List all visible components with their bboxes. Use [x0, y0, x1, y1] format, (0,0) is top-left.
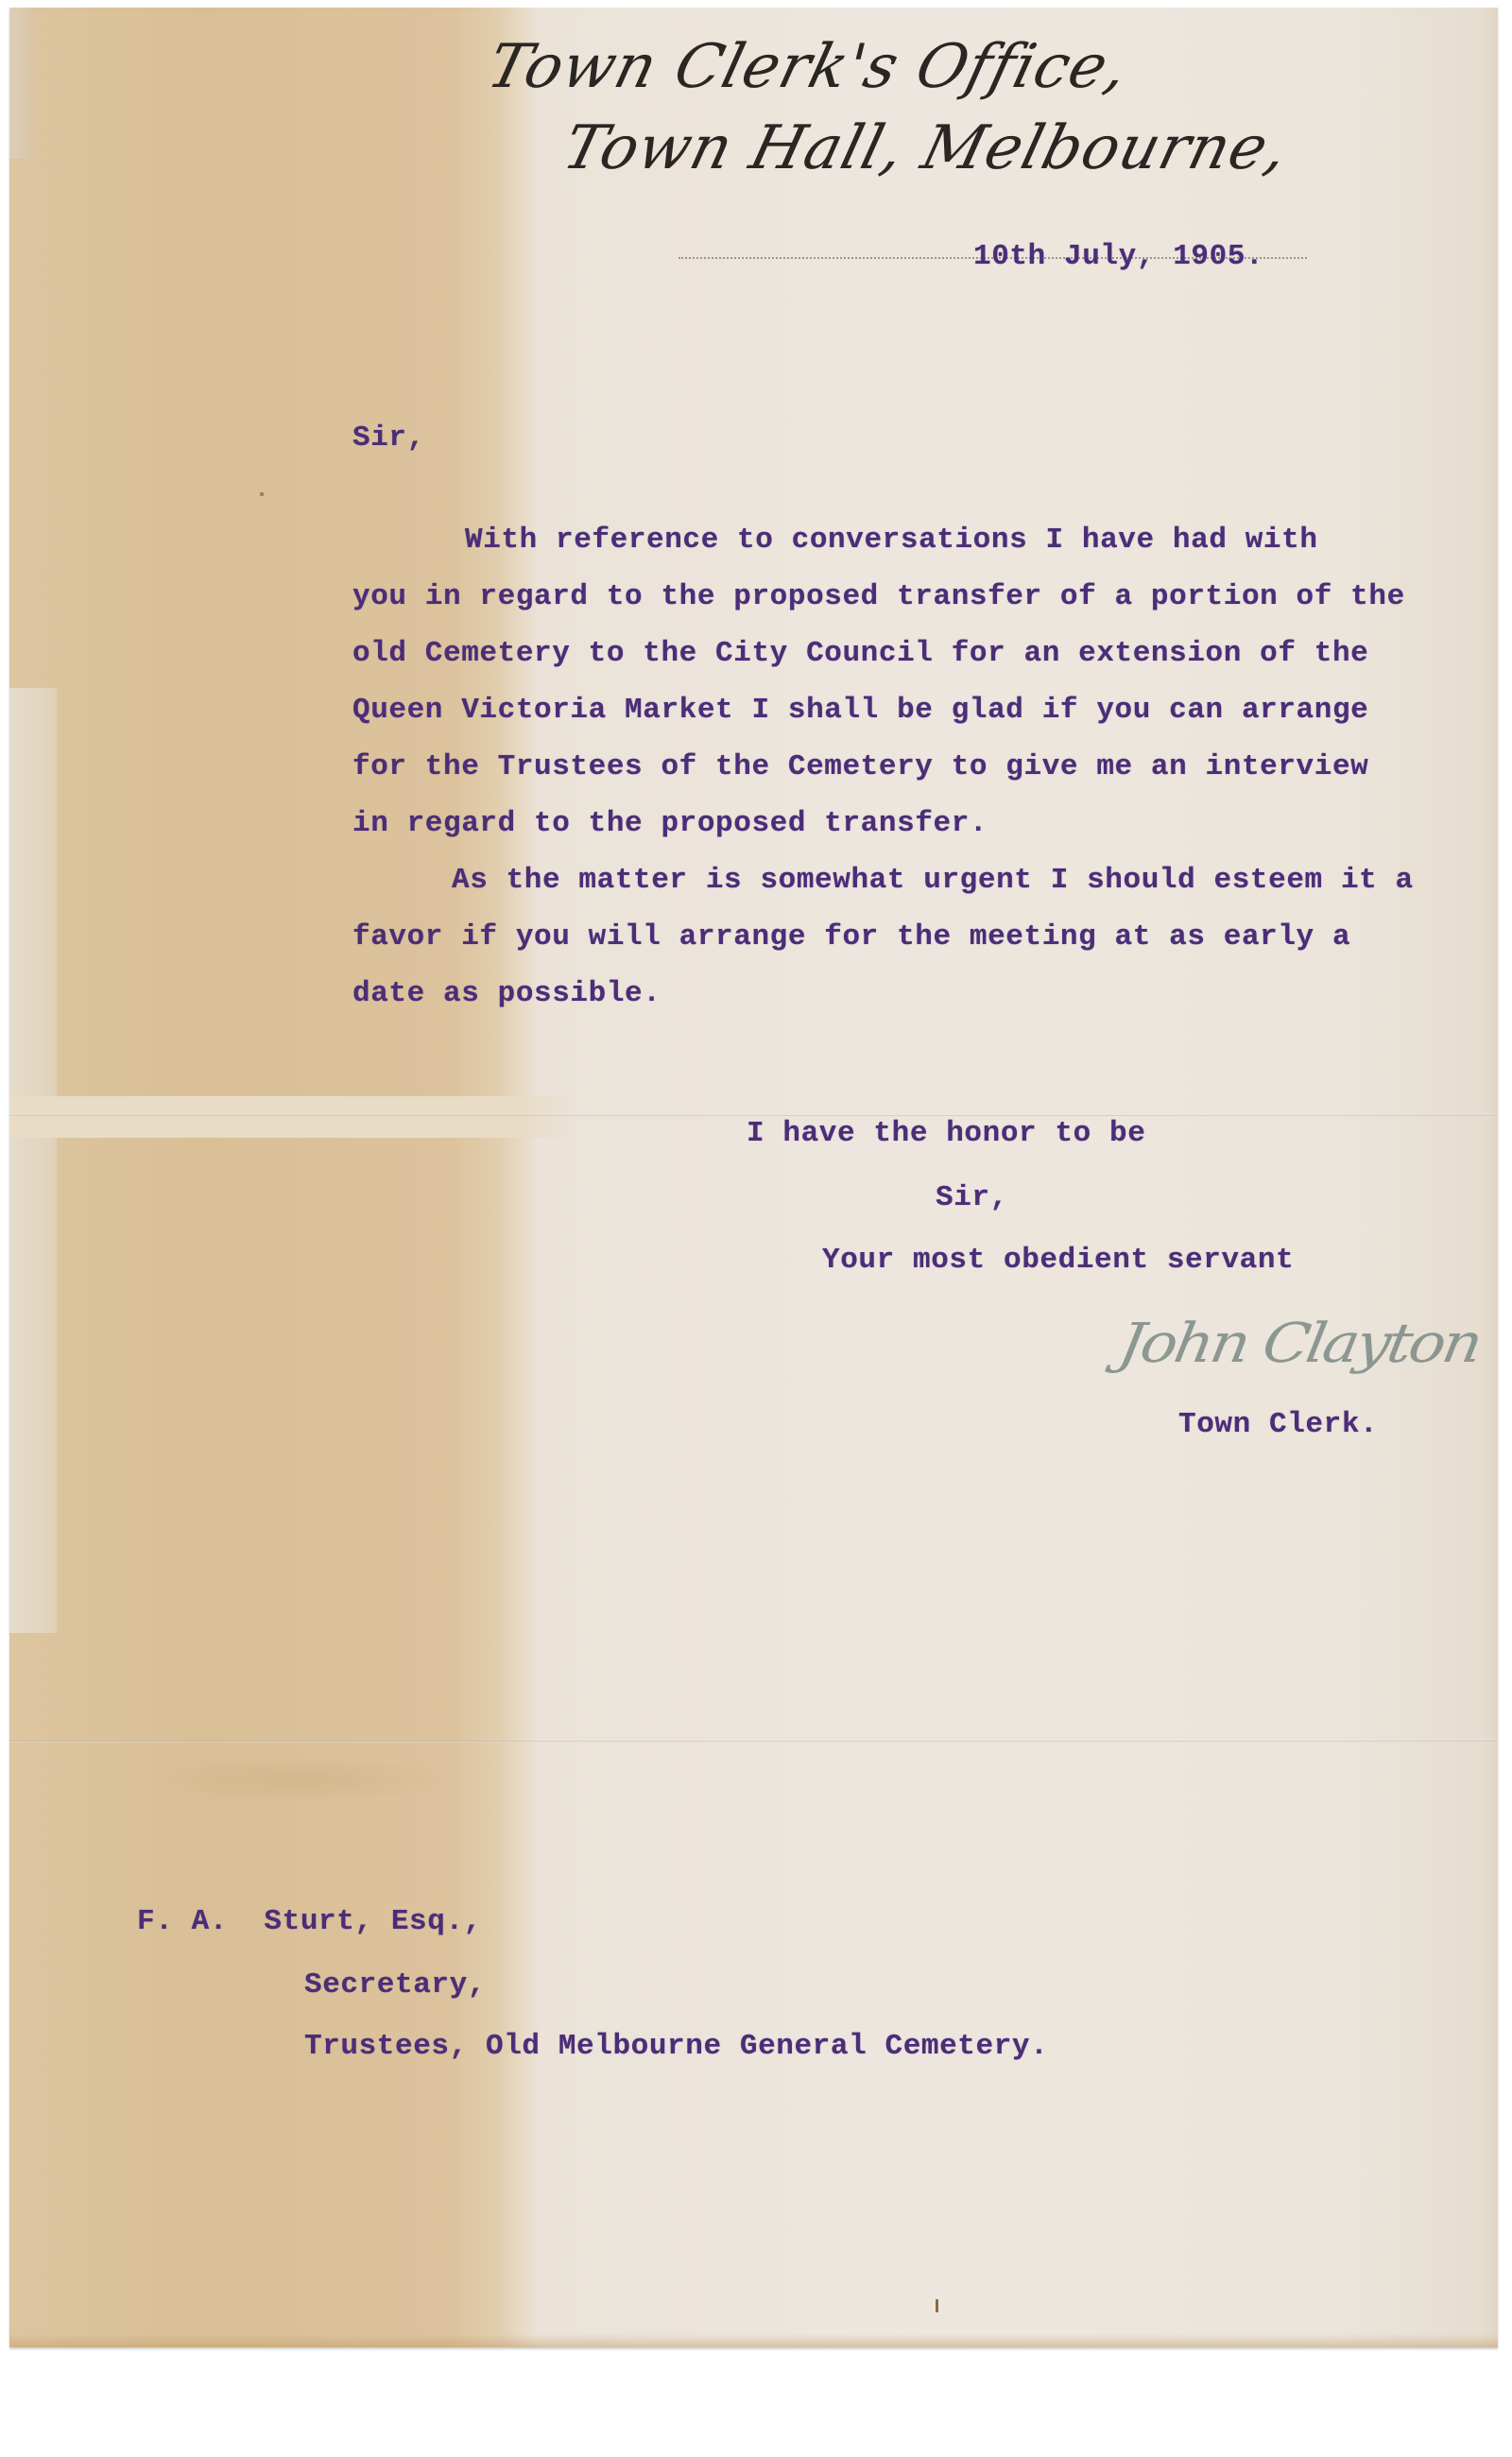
body-line: date as possible. [352, 979, 661, 1008]
letter-page [9, 8, 1498, 2347]
body-line: favor if you will arrange for the meetin… [352, 922, 1350, 952]
body-line: Queen Victoria Market I shall be glad if… [352, 696, 1368, 725]
handwritten-signature: John Clayton [1114, 1313, 1485, 1376]
closing-sir: Sir, [936, 1183, 1008, 1212]
closing-line: I have the honor to be [747, 1119, 1145, 1148]
letter-date: 10th July, 1905. [973, 242, 1263, 271]
body-line: With reference to conversations I have h… [465, 525, 1318, 555]
speck [260, 492, 264, 496]
body-line: for the Trustees of the Cemetery to give… [352, 752, 1368, 782]
closing-servant: Your most obedient servant [822, 1246, 1294, 1275]
letterhead-address: Town Hall, Melbourne, [557, 113, 1296, 183]
body-line: you in regard to the proposed transfer o… [352, 582, 1405, 611]
bleed-through-stain [151, 1756, 454, 1803]
speck [936, 2299, 938, 2312]
body-line: old Cemetery to the City Council for an … [352, 639, 1368, 668]
fold-crease [9, 1741, 1498, 1743]
letterhead-office: Town Clerk's Office, [481, 32, 1136, 102]
body-line: As the matter is somewhat urgent I shoul… [452, 866, 1414, 895]
signatory-title: Town Clerk. [1178, 1410, 1378, 1439]
addressee-name: F. A. Sturt, Esq., [137, 1907, 482, 1936]
paper-edge-strip [9, 688, 57, 1633]
addressee-organization: Trustees, Old Melbourne General Cemetery… [304, 2032, 1048, 2061]
paper-edge-strip [9, 8, 38, 159]
salutation: Sir, [352, 423, 425, 453]
paper-bottom-edge [9, 2334, 1498, 2347]
body-line: in regard to the proposed transfer. [352, 809, 988, 838]
addressee-position: Secretary, [304, 1970, 486, 2000]
